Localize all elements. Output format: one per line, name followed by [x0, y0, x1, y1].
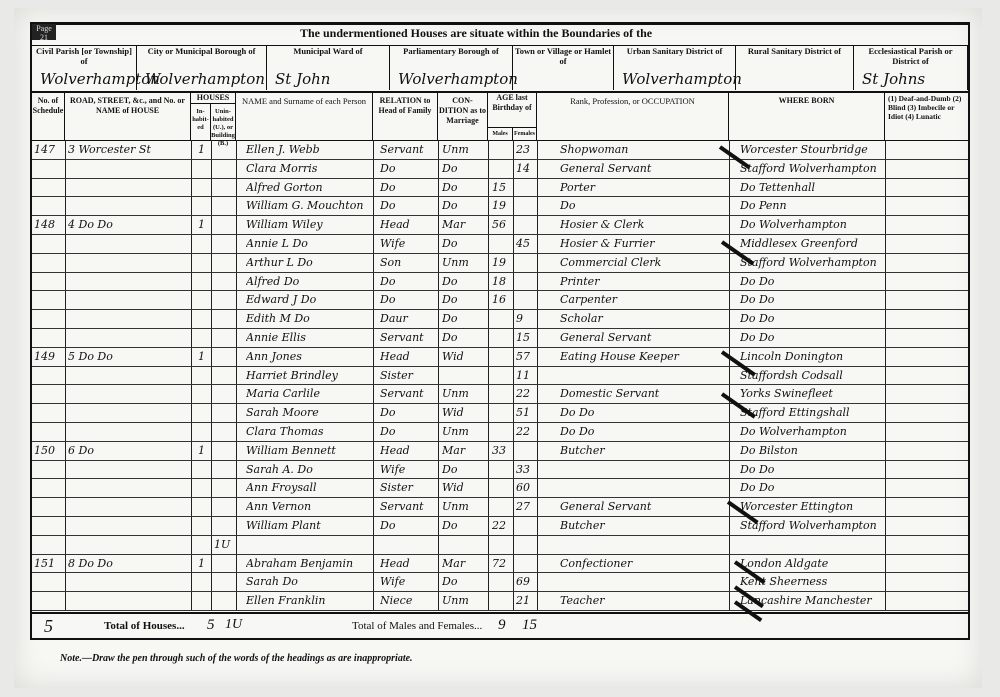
cell-condition: Unm: [442, 592, 487, 613]
table-row: Edward J DoDoDo16CarpenterDo Do: [32, 291, 968, 310]
district-field: Ecclesiastical Parish or District ofSt J…: [854, 46, 968, 90]
footnote: Note.—Draw the pen through such of the w…: [60, 653, 413, 664]
district-label: Urban Sanitary District of: [614, 46, 735, 56]
table-row: William PlantDoDo22ButcherStafford Wolve…: [32, 517, 968, 536]
column-group-age: AGE last Birthday of: [488, 92, 537, 128]
table-row: Clara MorrisDoDo14General ServantStaffor…: [32, 160, 968, 179]
district-value: Wolverhampton: [145, 70, 265, 88]
table-row: Clara ThomasDoUnm22Do DoDo Wolverhampton: [32, 423, 968, 442]
females-total: 15: [522, 617, 537, 634]
cell-relation: Niece: [380, 592, 438, 613]
cell-uninhabited: [214, 592, 236, 613]
district-value: St Johns: [862, 70, 925, 88]
page-label: Page 21: [32, 24, 56, 40]
table-row: Annie L DoWifeDo45Hosier & FurrierMiddle…: [32, 235, 968, 254]
table-row: 1518 Do Do1Abraham BenjaminHeadMar72Conf…: [32, 555, 968, 574]
district-field: Municipal Ward ofSt John: [267, 46, 390, 90]
column-header-name: NAME and Surname of each Person: [236, 92, 373, 140]
table-row: Ann VernonServantUnm27General ServantWor…: [32, 498, 968, 517]
district-label: Rural Sanitary District of: [736, 46, 853, 56]
table-row: Alfred DoDoDo18PrinterDo Do: [32, 273, 968, 292]
table-row: Sarah DoWifeDo69Kent Sheerness: [32, 573, 968, 592]
column-header-condition: CON-DITION as to Marriage: [438, 92, 488, 140]
table-row: Ann FroysallSisterWid60Do Do: [32, 479, 968, 498]
document-title: The undermentioned Houses are situate wi…: [300, 26, 652, 41]
cell-name: Ellen Franklin: [246, 592, 372, 613]
column-header-males: Males: [488, 128, 513, 140]
district-value: Wolverhampton: [398, 70, 518, 88]
cell-female-age: 21: [516, 592, 536, 613]
table-row: 1U: [32, 536, 968, 555]
district-field: Parliamentary Borough ofWolverhampton: [390, 46, 513, 90]
district-label: City or Municipal Borough of: [137, 46, 266, 56]
district-value: Wolverhampton: [622, 70, 742, 88]
cell-schedule: [34, 592, 64, 613]
table-row: Alfred GortonDoDo15PorterDo Tettenhall: [32, 179, 968, 198]
cell-inhabited: [198, 592, 210, 613]
cell-male-age: [492, 592, 512, 613]
district-label: Town or Village or Hamlet of: [513, 46, 613, 66]
district-label: Civil Parish [or Township] of: [32, 46, 136, 66]
table-row: Arthur L DoSonUnm19Commercial ClerkStaff…: [32, 254, 968, 273]
table-row: 1506 Do1William BennettHeadMar33ButcherD…: [32, 442, 968, 461]
column-header-schedule: No. of Schedule: [32, 92, 65, 140]
column-header-uninhabited: Unin-habited (U.), or Building (B.): [211, 104, 236, 140]
table-row: Edith M DoDaurDo9ScholarDo Do: [32, 310, 968, 329]
district-label: Ecclesiastical Parish or District of: [854, 46, 967, 66]
males-total: 9: [498, 617, 506, 634]
persons-total-label: Total of Males and Females...: [352, 620, 482, 632]
table-row: Harriet BrindleySister11Staffordsh Codsa…: [32, 367, 968, 386]
district-field: Rural Sanitary District of: [736, 46, 854, 90]
infirmity-header: (1) Deaf-and-Dumb (2) Blind (3) Imbecile…: [888, 94, 968, 121]
totals-row: 5 Total of Houses... 5 1U Total of Males…: [32, 612, 968, 638]
district-field: Civil Parish [or Township] ofWolverhampt…: [32, 46, 137, 90]
table-row: 1484 Do Do1William WileyHeadMar56Hosier …: [32, 216, 968, 235]
district-field: Town or Village or Hamlet of: [513, 46, 614, 90]
district-field: Urban Sanitary District ofWolverhampton: [614, 46, 736, 90]
table-row: 1495 Do Do1Ann JonesHeadWid57Eating Hous…: [32, 348, 968, 367]
column-header-born: WHERE BORN: [729, 92, 885, 140]
table-row: Maria CarlileServantUnm22Domestic Servan…: [32, 385, 968, 404]
column-header-occupation: Rank, Profession, or OCCUPATION: [537, 92, 729, 140]
uninhabited-total: 1U: [225, 617, 242, 633]
page-count: 5: [44, 616, 53, 637]
cell-road: [68, 592, 188, 613]
column-header-inhabited: In-habit-ed: [191, 104, 211, 140]
table-row: Ellen FranklinNieceUnm21TeacherLancashir…: [32, 592, 968, 611]
column-header-relation: RELATION to Head of Family: [373, 92, 438, 140]
district-label: Parliamentary Borough of: [390, 46, 512, 56]
column-group-houses: HOUSES: [191, 92, 236, 104]
district-label: Municipal Ward of: [267, 46, 389, 56]
column-header-females: Females: [513, 128, 537, 140]
inhabited-total: 5: [207, 617, 215, 634]
cell-occupation: Teacher: [560, 592, 728, 613]
column-header-road: ROAD, STREET, &c., and No. or NAME of HO…: [65, 92, 191, 140]
table-row: Annie EllisServantDo15General ServantDo …: [32, 329, 968, 348]
table-row: 1473 Worcester St1Ellen J. WebbServantUn…: [32, 141, 968, 160]
table-row: William G. MouchtonDoDo19DoDo Penn: [32, 197, 968, 216]
houses-total-label: Total of Houses...: [104, 620, 185, 632]
table-row: Sarah A. DoWifeDo33Do Do: [32, 461, 968, 480]
district-field: City or Municipal Borough ofWolverhampto…: [137, 46, 267, 90]
table-row: Sarah MooreDoWid51Do DoStafford Ettingsh…: [32, 404, 968, 423]
district-value: St John: [275, 70, 330, 88]
